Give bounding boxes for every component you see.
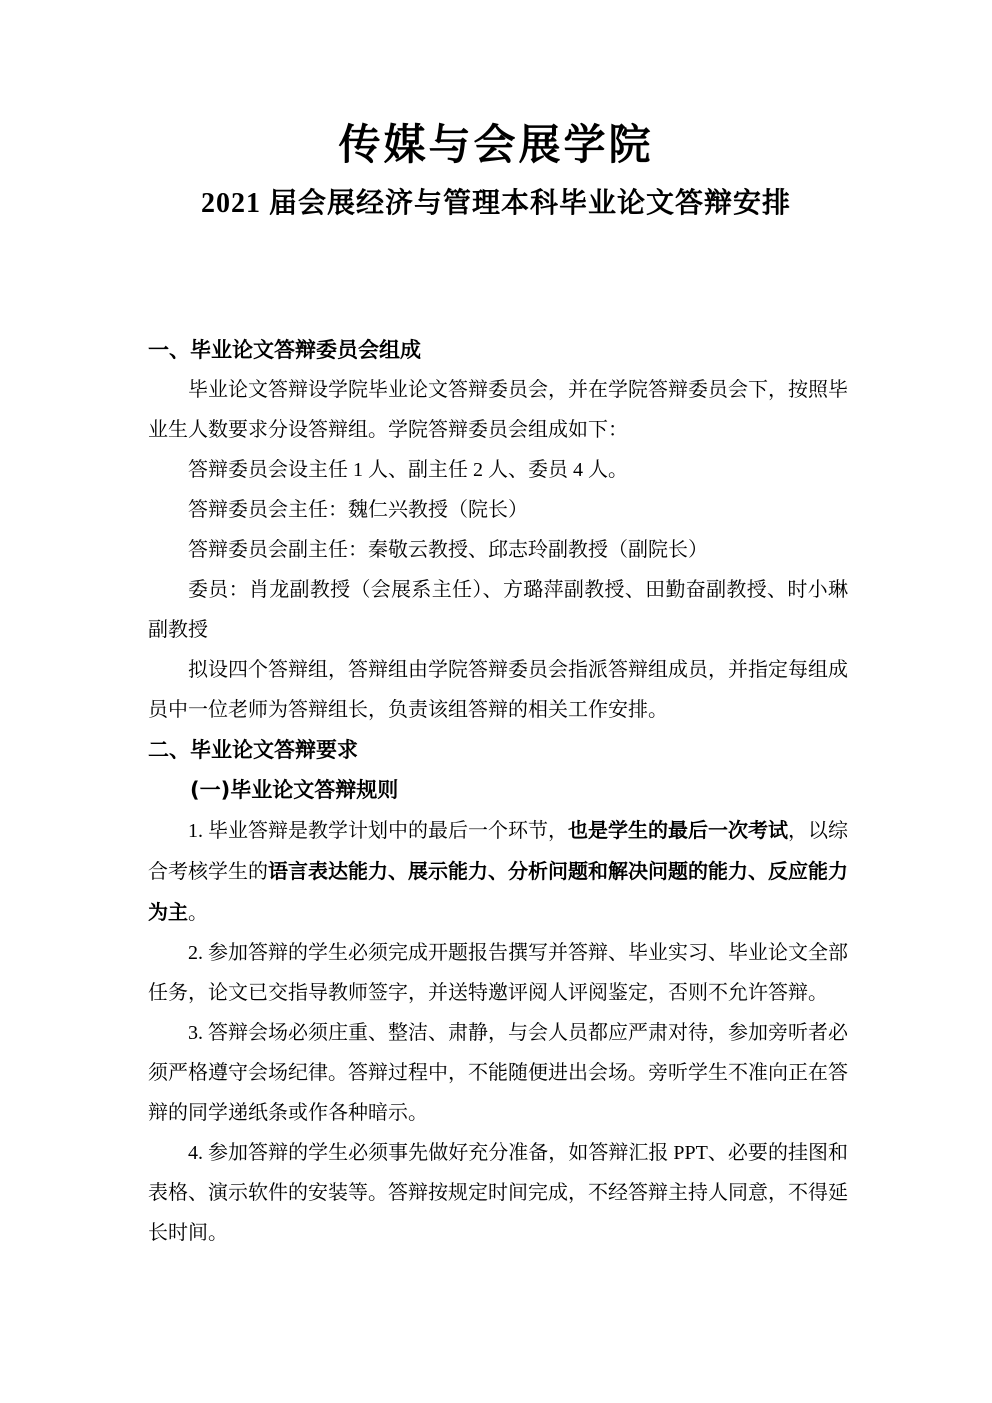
document-subtitle: 2021 届会展经济与管理本科毕业论文答辩安排 [0, 182, 992, 226]
text-segment: 2. 参加答辩的学生必须完成开题报告撰写并答辩、毕业实习、毕业论文全部任务，论文… [148, 942, 848, 1004]
section1-heading: 一、毕业论文答辩委员会组成 [148, 330, 848, 370]
document-page: 传媒与会展学院 2021 届会展经济与管理本科毕业论文答辩安排 一、毕业论文答辩… [0, 0, 992, 1403]
committee-intro-paragraph: 毕业论文答辩设学院毕业论文答辩委员会，并在学院答辩委员会下，按照毕业生人数要求分… [148, 370, 848, 450]
rules-subheading: (一)毕业论文答辩规则 [148, 770, 848, 810]
section2-heading: 二、毕业论文答辩要求 [148, 730, 848, 770]
document-body: 一、毕业论文答辩委员会组成 毕业论文答辩设学院毕业论文答辩委员会，并在学院答辩委… [148, 330, 848, 1253]
committee-vicechair-line: 答辩委员会副主任：秦敬云教授、邱志玲副教授（副院长） [148, 530, 848, 570]
text-segment: 1. 毕业答辩是教学计划中的最后一个环节， [188, 820, 568, 842]
text-segment: 3. 答辩会场必须庄重、整洁、肃静，与会人员都应严肃对待，参加旁听者必须严格遵守… [148, 1022, 848, 1124]
text-segment: 4. 参加答辩的学生必须事先做好充分准备，如答辩汇报 PPT、必要的挂图和表格、… [148, 1142, 848, 1244]
defense-groups-paragraph: 拟设四个答辩组，答辩组由学院答辩委员会指派答辩组成员，并指定每组成员中一位老师为… [148, 650, 848, 730]
text-segment: 。 [188, 902, 208, 924]
rule-paragraph-2: 2. 参加答辩的学生必须完成开题报告撰写并答辩、毕业实习、毕业论文全部任务，论文… [148, 933, 848, 1013]
rule-paragraph-3: 3. 答辩会场必须庄重、整洁、肃静，与会人员都应严肃对待，参加旁听者必须严格遵守… [148, 1013, 848, 1133]
rule-paragraph-4: 4. 参加答辩的学生必须事先做好充分准备，如答辩汇报 PPT、必要的挂图和表格、… [148, 1133, 848, 1253]
rule-paragraph-1: 1. 毕业答辩是教学计划中的最后一个环节，也是学生的最后一次考试，以综合考核学生… [148, 810, 848, 933]
committee-size-line: 答辩委员会设主任 1 人、副主任 2 人、委员 4 人。 [148, 450, 848, 490]
committee-members-line: 委员：肖龙副教授（会展系主任）、方璐萍副教授、田勤奋副教授、时小琳副教授 [148, 570, 848, 650]
committee-chair-line: 答辩委员会主任：魏仁兴教授（院长） [148, 490, 848, 530]
document-title: 传媒与会展学院 [0, 116, 992, 174]
bold-text-segment: 也是学生的最后一次考试 [568, 818, 788, 842]
